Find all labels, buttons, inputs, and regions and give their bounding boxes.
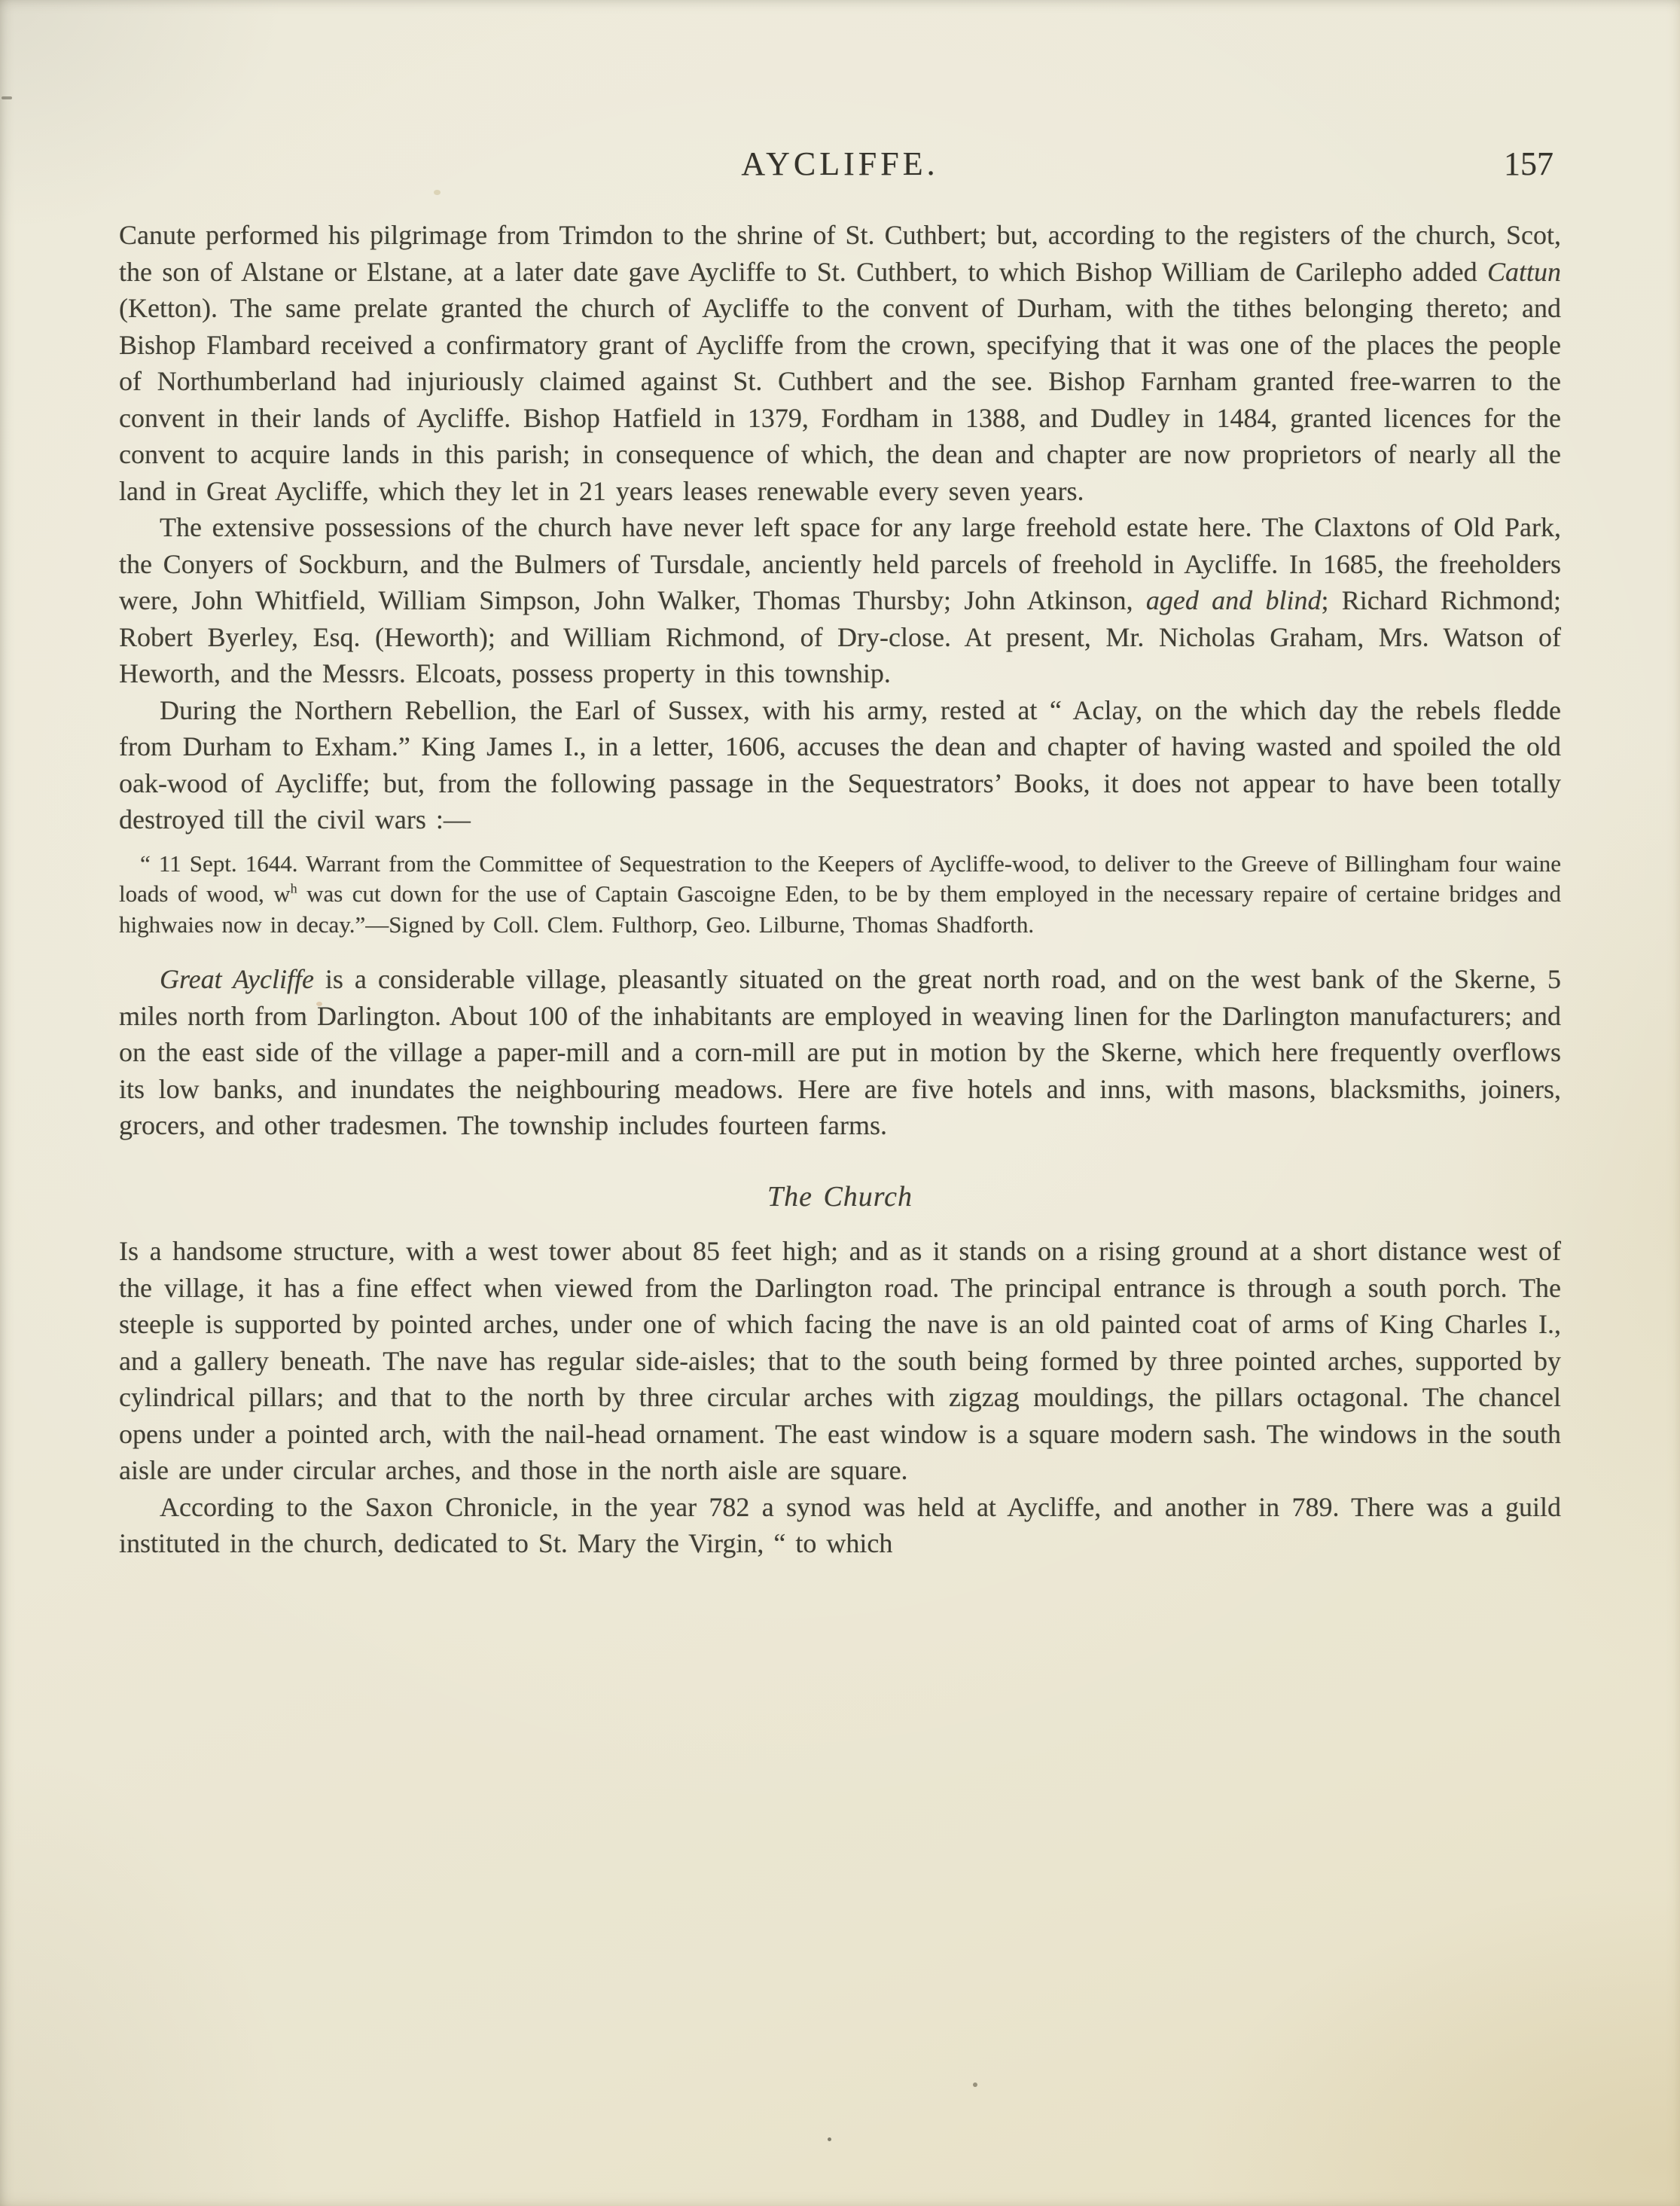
paragraph: Is a handsome structure, with a west tow… [119, 1233, 1561, 1489]
blockquote: “ 11 Sept. 1644. Warrant from the Commit… [119, 849, 1561, 941]
book-page: AYCLIFFE. 157 Canute performed his pilgr… [0, 0, 1680, 2206]
paragraph: The extensive possessions of the church … [119, 509, 1561, 692]
paragraph: During the Northern Rebellion, the Earl … [119, 692, 1561, 838]
page-body: Canute performed his pilgrimage from Tri… [119, 217, 1561, 1562]
paper-speck [828, 2137, 831, 2141]
paper-speck [973, 2082, 977, 2087]
page-number: 157 [1504, 145, 1553, 183]
paragraph: Canute performed his pilgrimage from Tri… [119, 217, 1561, 509]
paper-stain [316, 1002, 322, 1006]
paragraph: Great Aycliffe is a considerable village… [119, 961, 1561, 1144]
section-heading: The Church [119, 1179, 1561, 1216]
running-title: AYCLIFFE. [741, 145, 938, 183]
paragraph: According to the Saxon Chronicle, in the… [119, 1489, 1561, 1562]
page-header: AYCLIFFE. 157 [119, 145, 1561, 191]
scan-edge-mark [2, 96, 12, 99]
paper-stain [434, 190, 441, 195]
